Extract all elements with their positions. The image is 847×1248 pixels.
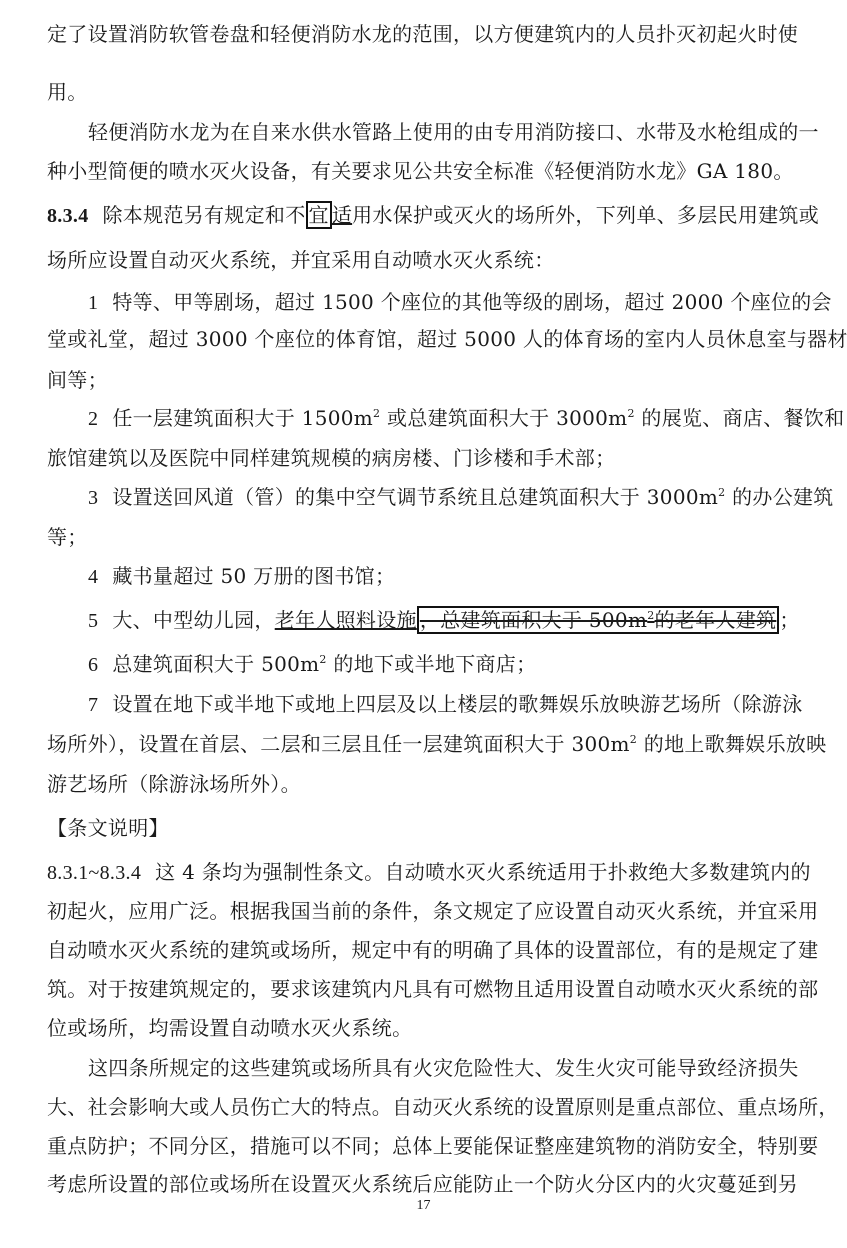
text-line: 自动喷水灭火系统的建筑或场所，规定中有的明确了具体的设置部位，有的是规定了建 bbox=[47, 938, 807, 962]
text-line: 筑。对于按建筑规定的，要求该建筑内凡具有可燃物且适用设置自动喷水灭火系统的部 bbox=[47, 977, 807, 1001]
deleted-text-part: 的老年人建筑 bbox=[655, 608, 777, 632]
explanation-p1-line1: 8.3.1~8.3.4这 4 条均为强制性条文。自动喷水灭火系统适用于扑救绝大多… bbox=[47, 860, 807, 885]
item-number: 1 bbox=[88, 292, 98, 314]
text-line: 堂或礼堂，超过 3000 个座位的体育馆，超过 5000 人的体育场的室内人员休… bbox=[47, 327, 807, 351]
clause-number: 8.3.4 bbox=[47, 205, 89, 227]
item-text: 的地上歌舞娱乐放映 bbox=[637, 732, 826, 756]
item-7-line1: 7设置在地下或半地下或地上四层及以上楼层的歌舞娱乐放映游艺场所（除游泳 bbox=[88, 692, 847, 717]
text-line: 定了设置消防软管卷盘和轻便消防水龙的范围，以方便建筑内的人员扑灭初起火时使 bbox=[47, 22, 807, 46]
item-4-line1: 4藏书量超过 50 万册的图书馆； bbox=[88, 564, 847, 589]
deleted-text: ，总建筑面积大于 500m2的老年人建筑 bbox=[417, 606, 780, 634]
item-text: 特等、甲等剧场，超过 1500 个座位的其他等级的剧场，超过 2000 个座位的… bbox=[112, 290, 832, 314]
clause-ref: 8.3.1~8.3.4 bbox=[47, 862, 141, 884]
text-line: 间等； bbox=[47, 368, 807, 392]
text-line: 大、社会影响大或人员伤亡大的特点。自动灭火系统的设置原则是重点部位、重点场所， bbox=[47, 1095, 807, 1119]
text-line: 考虑所设置的部位或场所在设置灭火系统后应能防止一个防火分区内的火灾蔓延到另 bbox=[47, 1172, 807, 1196]
text-line: 用。 bbox=[47, 80, 807, 104]
superscript: 2 bbox=[627, 407, 634, 420]
item-text: 总建筑面积大于 500m bbox=[112, 652, 319, 676]
item-text: 任一层建筑面积大于 1500m bbox=[112, 406, 373, 430]
text-line: 位或场所，均需设置自动喷水灭火系统。 bbox=[47, 1016, 807, 1040]
item-text: 设置送回风道（管）的集中空气调节系统且总建筑面积大于 3000m bbox=[112, 485, 718, 509]
text-line: 重点防护；不同分区，措施可以不同；总体上要能保证整座建筑物的消防安全，特别要 bbox=[47, 1134, 807, 1158]
text-line: 旅馆建筑以及医院中同样建筑规模的病房楼、门诊楼和手术部； bbox=[47, 446, 807, 470]
item-number: 4 bbox=[88, 566, 98, 588]
text-line: 这四条所规定的这些建筑或场所具有火灾危险性大、发生火灾可能导致经济损失 bbox=[88, 1056, 847, 1080]
text-line: 场所应设置自动灭火系统，并宜采用自动喷水灭火系统： bbox=[47, 248, 807, 272]
superscript: 2 bbox=[630, 733, 637, 746]
item-3-line1: 3设置送回风道（管）的集中空气调节系统且总建筑面积大于 3000m2 的办公建筑 bbox=[88, 485, 847, 510]
item-number: 6 bbox=[88, 654, 98, 676]
explanation-text: 这 4 条均为强制性条文。自动喷水灭火系统适用于扑救绝大多数建筑内的 bbox=[155, 860, 811, 884]
item-6-line1: 6总建筑面积大于 500m2 的地下或半地下商店； bbox=[88, 652, 847, 677]
clause-text: 用水保护或灭火的场所外，下列单、多层民用建筑或 bbox=[352, 203, 819, 227]
item-number: 7 bbox=[88, 694, 98, 716]
item-text: 或总建筑面积大于 3000m bbox=[380, 406, 627, 430]
item-text: 设置在地下或半地下或地上四层及以上楼层的歌舞娱乐放映游艺场所（除游泳 bbox=[112, 692, 802, 716]
explanation-heading: 【条文说明】 bbox=[47, 816, 807, 840]
item-text: 的展览、商店、餐饮和 bbox=[635, 406, 845, 430]
item-text: 场所外），设置在首层、二层和三层且任一层建筑面积大于 300m bbox=[47, 732, 630, 756]
clause-text: 除本规范另有规定和不 bbox=[103, 203, 306, 227]
text-line: 初起火，应用广泛。根据我国当前的条件，条文规定了应设置自动灭火系统，并宜采用 bbox=[47, 899, 807, 923]
text-line: 轻便消防水龙为在自来水供水管路上使用的由专用消防接口、水带及水枪组成的一 bbox=[88, 120, 847, 144]
item-2-line1: 2任一层建筑面积大于 1500m2 或总建筑面积大于 3000m2 的展览、商店… bbox=[88, 406, 847, 431]
page-number: 17 bbox=[0, 1198, 847, 1214]
deleted-char: 宜 bbox=[306, 201, 332, 229]
clause-8-3-4-line1: 8.3.4除本规范另有规定和不宜适用水保护或灭火的场所外，下列单、多层民用建筑或 bbox=[47, 203, 807, 228]
item-1-line1: 1特等、甲等剧场，超过 1500 个座位的其他等级的剧场，超过 2000 个座位… bbox=[88, 290, 847, 315]
item-number: 2 bbox=[88, 408, 98, 430]
item-text: 大、中型幼儿园， bbox=[112, 608, 274, 632]
item-number: 3 bbox=[88, 487, 98, 509]
item-text: 藏书量超过 50 万册的图书馆； bbox=[112, 564, 395, 588]
item-5-line1: 5大、中型幼儿园，老年人照料设施，总建筑面积大于 500m2的老年人建筑； bbox=[88, 608, 847, 633]
deleted-text-part: ，总建筑面积大于 500m bbox=[420, 608, 647, 632]
document-page: 定了设置消防软管卷盘和轻便消防水龙的范围，以方便建筑内的人员扑灭初起火时使 用。… bbox=[0, 0, 847, 1248]
item-text: 的办公建筑 bbox=[725, 485, 833, 509]
item-number: 5 bbox=[88, 610, 98, 632]
inserted-text: 老年人照料设施 bbox=[275, 608, 417, 632]
text-line: 种小型简便的喷水灭火设备，有关要求见公共安全标准《轻便消防水龙》GA 180。 bbox=[47, 159, 807, 183]
item-7-line2: 场所外），设置在首层、二层和三层且任一层建筑面积大于 300m2 的地上歌舞娱乐… bbox=[47, 732, 807, 756]
text-line: 等； bbox=[47, 525, 807, 549]
item-text: ； bbox=[779, 608, 799, 632]
superscript: 2 bbox=[647, 609, 654, 622]
text-line: 游艺场所（除游泳场所外）。 bbox=[47, 772, 807, 796]
inserted-char: 适 bbox=[332, 203, 352, 227]
item-text: 的地下或半地下商店； bbox=[327, 652, 537, 676]
superscript: 2 bbox=[319, 653, 326, 666]
